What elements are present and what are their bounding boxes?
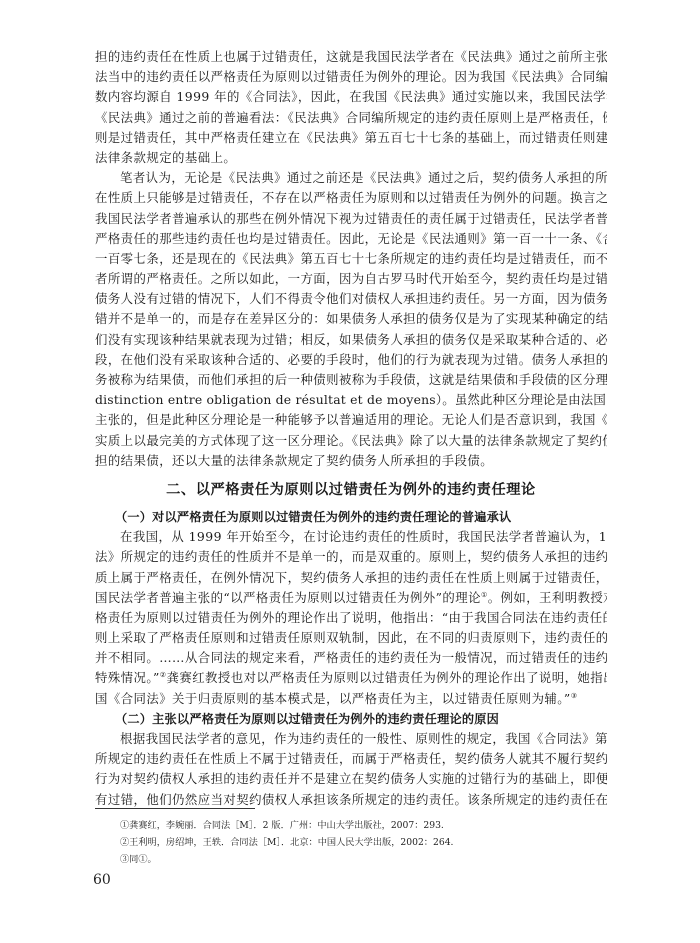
- footnote-3: ③同①。: [120, 851, 453, 868]
- text-line: 担的违约责任在性质上也属于过错责任，这就是我国民法学者在《民法典》通过之前所主张…: [95, 47, 607, 67]
- text-line: 有过错，他们仍然应当对契约债权人承担该条所规定的违约责任。该条所规定的违约责任在…: [95, 790, 607, 810]
- text-line: 务被称为结果债，而他们承担的后一种债则被称为手段债，这就是结果债和手段债的区分理…: [95, 370, 607, 390]
- footnote-ref-3[interactable]: ③: [571, 692, 578, 700]
- text-line: 所规定的违约责任在性质上不属于过错责任，而属于严格责任，契约债务人就其不履行契约…: [95, 749, 607, 769]
- text-line: 错并不是单一的，而是存在差异区分的：如果债务人承担的债务仅是为了实现某种确定的结…: [95, 309, 607, 329]
- text-line: 并不相同。……从合同法的规定来看，严格责任的违约责任为一般情况，而过错责任的违约…: [95, 648, 607, 668]
- text-line: 法》所规定的违约责任的性质并不是单一的，而是双重的。原则上，契约债务人承担的违约…: [95, 547, 607, 567]
- text-line: 主张的，但是此种区分理论是一种能够予以普遍适用的理论。无论人们是否意识到，我国《…: [95, 410, 607, 430]
- subsection-heading-2: （二）主张以严格责任为原则以过错责任为例外的违约责任理论的原因: [95, 709, 607, 729]
- paragraph-2: 笔者认为，无论是《民法典》通过之前还是《民法典》通过之后，契约债务人承担的所有违…: [95, 168, 607, 471]
- text-line: 《民法典》通过之前的普遍看法：《民法典》合同编所规定的违约责任原则上是严格责任，…: [95, 108, 607, 128]
- text-span: 特殊情况。”: [95, 670, 160, 685]
- text-line: 们没有实现该种结果就表现为过错；相反，如果债务人承担的债务仅是采取某种合适的、必…: [95, 330, 607, 350]
- text-line: 我国民法学者普遍承认的那些在例外情况下视为过错责任的责任属于过错责任，民法学者普…: [95, 209, 607, 229]
- text-line: 质上属于严格责任，在例外情况下，契约债务人承担的违约责任在性质上则属于过错责任，…: [95, 568, 607, 588]
- footnotes: ①龚赛红，李婉丽．合同法［M］．2 版．广州：中山大学出版社，2007：293.…: [120, 817, 453, 868]
- text-span: 国民法学者普遍主张的“以严格责任为原则以过错责任为例外”的理论: [95, 590, 481, 605]
- text-line: 数内容均源自 1999 年的《合同法》，因此，在我国《民法典》通过实施以来，我国…: [95, 87, 607, 107]
- footnote-1: ①龚赛红，李婉丽．合同法［M］．2 版．广州：中山大学出版社，2007：293.: [120, 817, 453, 834]
- subsection-1-body: 在我国，从 1999 年开始至今，在讨论违约责任的性质时，我国民法学者普遍认为，…: [95, 527, 607, 709]
- page-number: 60: [93, 872, 111, 888]
- text-line: 段，在他们没有采取该种合适的、必要的手段时，他们的行为就表现为过错。债务人承担的…: [95, 350, 607, 370]
- body-column: 担的违约责任在性质上也属于过错责任，这就是我国民法学者在《民法典》通过之前所主张…: [95, 47, 607, 810]
- paragraph-1: 担的违约责任在性质上也属于过错责任，这就是我国民法学者在《民法典》通过之前所主张…: [95, 47, 607, 168]
- text-span: 国《合同法》关于归责原则的基本模式是，以严格责任为主，以过错责任原则为辅。”: [95, 691, 571, 706]
- footnote-2: ②王利明，房绍坤，王轶．合同法［M］．北京：中国人民大学出版，2002：264.: [120, 834, 453, 851]
- text-line: 笔者认为，无论是《民法典》通过之前还是《民法典》通过之后，契约债务人承担的所有违…: [95, 168, 607, 188]
- footnote-ref-1[interactable]: ①: [481, 591, 488, 599]
- text-span: 龚赛红教授也对以严格责任为原则以过错责任为例外的理论作出了说明，她指出：“我: [167, 670, 607, 685]
- text-line: 严格责任的那些违约责任也均是过错责任。因此，无论是《民法通则》第一百一十一条、《…: [95, 229, 607, 249]
- text-line: 则是过错责任，其中严格责任建立在《民法典》第五百七十七条的基础上，而过错责任则建…: [95, 128, 607, 148]
- text-line: 在性质上只能够是过错责任，不存在以严格责任为原则和以过错责任为例外的问题。换言之…: [95, 188, 607, 208]
- subsection-2-body: 根据我国民法学者的意见，作为违约责任的一般性、原则性的规定，我国《合同法》第一百…: [95, 729, 607, 810]
- text-span: 。例如，王利明教授对以严: [488, 590, 607, 605]
- text-line: 者所谓的严格责任。之所以如此，一方面，因为自古罗马时代开始至今，契约责任均是过错…: [95, 269, 607, 289]
- text-line: 国《合同法》关于归责原则的基本模式是，以严格责任为主，以过错责任原则为辅。”③: [95, 689, 607, 709]
- text-line: 国民法学者普遍主张的“以严格责任为原则以过错责任为例外”的理论①。例如，王利明教…: [95, 588, 607, 608]
- text-line: 根据我国民法学者的意见，作为违约责任的一般性、原则性的规定，我国《合同法》第一百…: [95, 729, 607, 749]
- text-line: 法当中的违约责任以严格责任为原则以过错责任为例外的理论。因为我国《民法典》合同编…: [95, 67, 607, 87]
- text-line: 法律条款规定的基础上。: [95, 148, 607, 168]
- text-line: 债务人没有过错的情况下，人们不得责令他们对债权人承担违约责任。另一方面，因为债务…: [95, 289, 607, 309]
- text-line: 则上采取了严格责任原则和过错责任原则双轨制，因此，在不同的归责原则下，违约责任的…: [95, 628, 607, 648]
- footnote-divider: [95, 808, 255, 809]
- text-line: 格责任为原则以过错责任为例外的理论作出了说明，他指出：“由于我国合同法在违约责任…: [95, 608, 607, 628]
- text-line: 担的结果债，还以大量的法律条款规定了契约债务人所承担的手段债。: [95, 451, 607, 471]
- text-line: 行为对契约债权人承担的违约责任并不是建立在契约债务人实施的过错行为的基础上，即便…: [95, 769, 607, 789]
- text-line: 在我国，从 1999 年开始至今，在讨论违约责任的性质时，我国民法学者普遍认为，…: [95, 527, 607, 547]
- subsection-heading-1: （一）对以严格责任为原则以过错责任为例外的违约责任理论的普遍承认: [95, 507, 607, 527]
- text-line: distinction entre obligation de résultat…: [95, 390, 607, 410]
- text-line: 一百零七条，还是现在的《民法典》第五百七十七条所规定的违约责任均是过错责任，而不…: [95, 249, 607, 269]
- footnote-ref-2[interactable]: ②: [160, 671, 167, 679]
- section-heading: 二、以严格责任为原则以过错责任为例外的违约责任理论: [95, 475, 607, 505]
- text-line: 特殊情况。”②龚赛红教授也对以严格责任为原则以过错责任为例外的理论作出了说明，她…: [95, 668, 607, 688]
- document-page: 担的违约责任在性质上也属于过错责任，这就是我国民法学者在《民法典》通过之前所主张…: [0, 0, 700, 943]
- text-line: 实质上以最完美的方式体现了这一区分理论。《民法典》除了以大量的法律条款规定了契约…: [95, 431, 607, 451]
